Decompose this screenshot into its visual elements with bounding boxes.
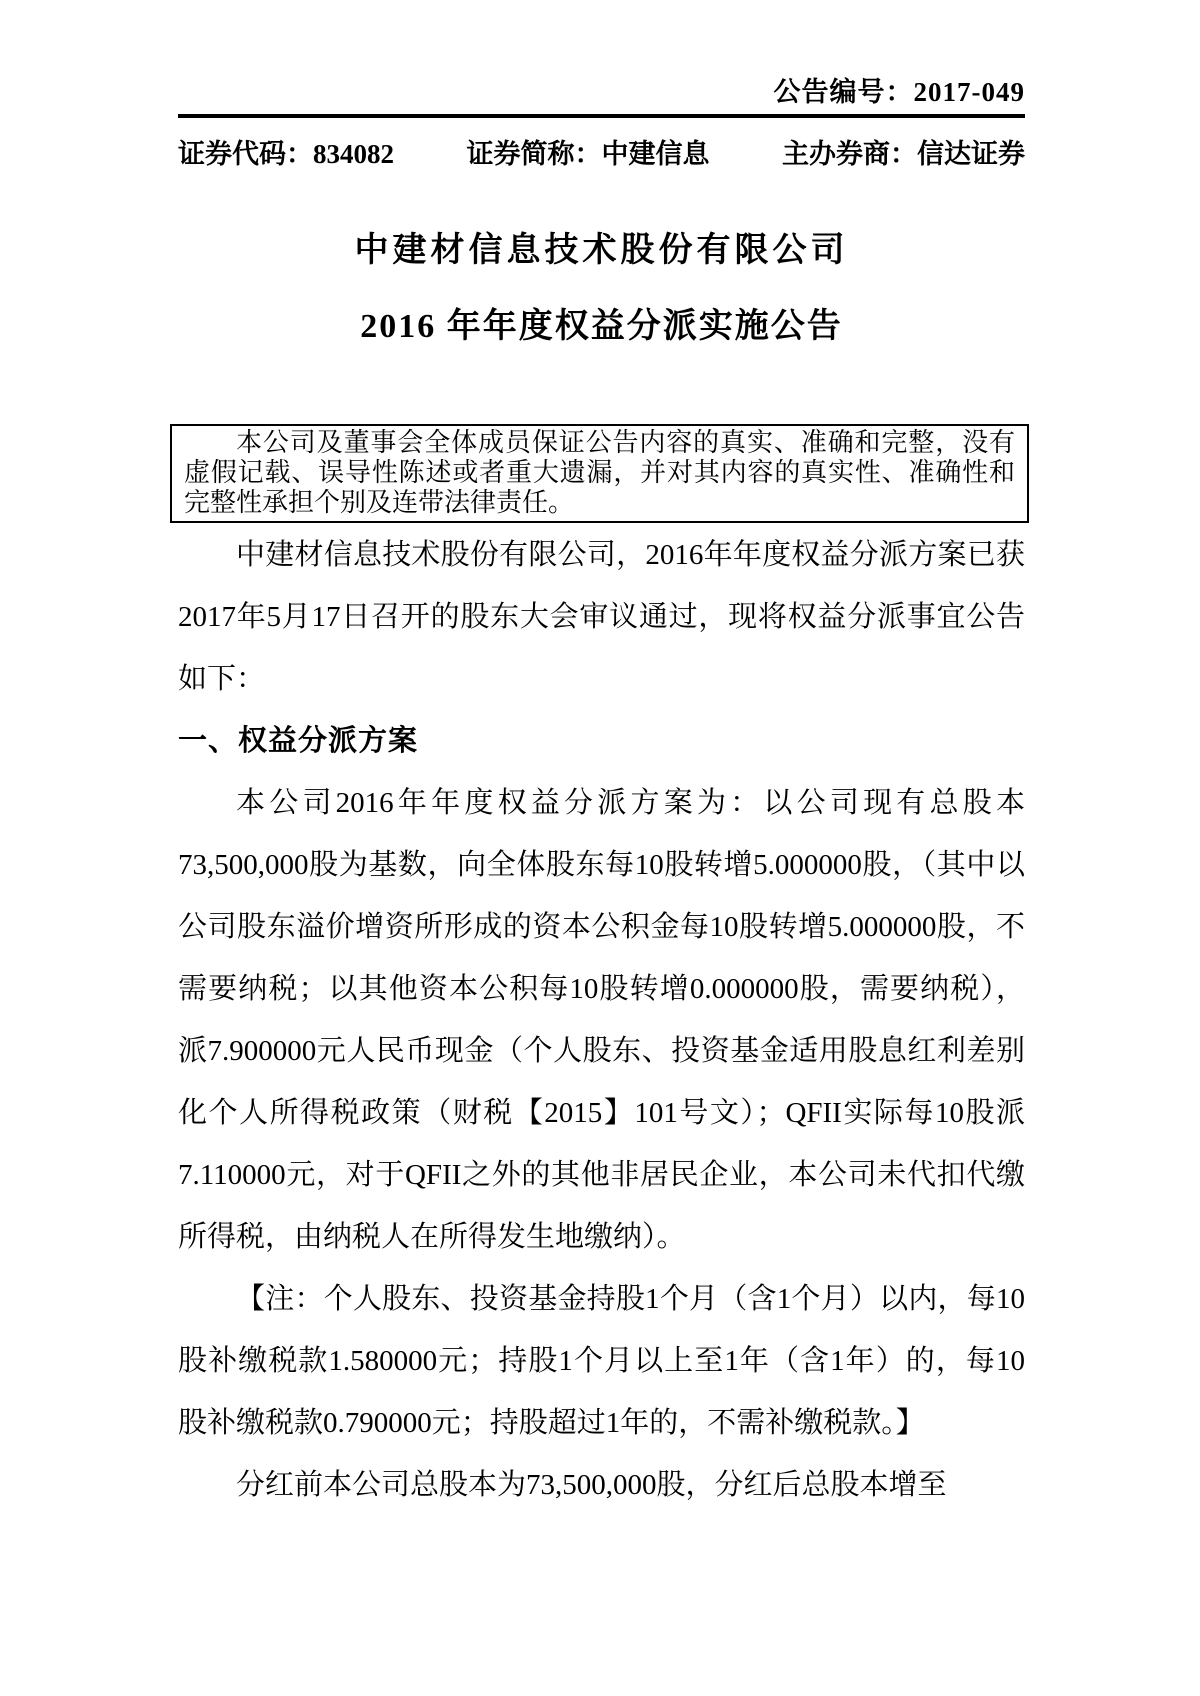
- capital-change-paragraph: 分红前本公司总股本为73,500,000股，分红后总股本增至: [178, 1454, 1025, 1516]
- header-divider-rule: [178, 114, 1025, 118]
- announcement-subject-title: 2016 年年度权益分派实施公告: [178, 304, 1025, 350]
- distribution-plan-paragraph: 本公司2016年年度权益分派方案为：以公司现有总股本73,500,000股为基数…: [178, 772, 1025, 1268]
- tax-note-paragraph: 【注：个人股东、投资基金持股1个月（含1个月）以内，每10股补缴税款1.5800…: [178, 1268, 1025, 1454]
- securities-info-row: 证券代码：834082 证券简称：中建信息 主办券商：信达证券: [178, 138, 1025, 170]
- stock-code-label: 证券代码：834082: [178, 138, 394, 170]
- intro-paragraph: 中建材信息技术股份有限公司，2016年年度权益分派方案已获2017年5月17日召…: [178, 524, 1025, 710]
- announcement-document-page: 公告编号：2017-049 证券代码：834082 证券简称：中建信息 主办券商…: [0, 0, 1200, 1696]
- section-heading-distribution-plan: 一、权益分派方案: [178, 710, 1025, 772]
- disclaimer-box: 本公司及董事会全体成员保证公告内容的真实、准确和完整，没有虚假记载、误导性陈述或…: [170, 424, 1029, 523]
- sponsor-label: 主办券商：信达证券: [782, 138, 1025, 170]
- stock-short-name-label: 证券简称：中建信息: [467, 138, 710, 170]
- document-content: 公告编号：2017-049 证券代码：834082 证券简称：中建信息 主办券商…: [0, 76, 1200, 1516]
- announcement-number: 公告编号：2017-049: [178, 76, 1025, 108]
- disclaimer-text: 本公司及董事会全体成员保证公告内容的真实、准确和完整，没有虚假记载、误导性陈述或…: [184, 428, 1015, 518]
- company-name-title: 中建材信息技术股份有限公司: [178, 228, 1025, 274]
